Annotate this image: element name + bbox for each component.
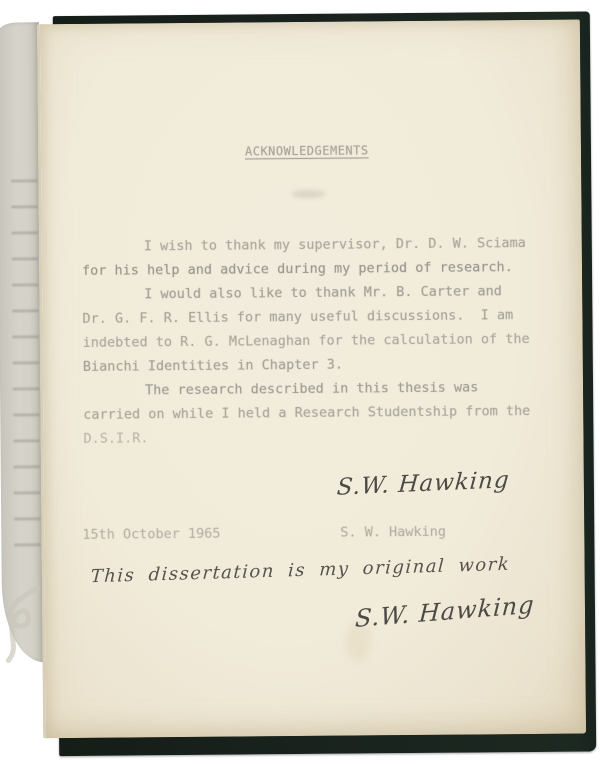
typed-line: D.S.I.R.: [83, 423, 553, 451]
book: ACKNOWLEDGEMENTS I wish to thank my supe…: [0, 0, 600, 764]
handwritten-declaration: This dissertation is my original work: [90, 554, 511, 587]
acknowledgements-text: I wish to thank my supervisor, Dr. D. W.…: [82, 231, 554, 451]
ink-smudge: [291, 190, 325, 198]
handwritten-signature-bottom: S.W. Hawking: [354, 591, 535, 633]
acknowledgements-page: ACKNOWLEDGEMENTS I wish to thank my supe…: [37, 20, 586, 739]
show-through-text: [11, 172, 40, 552]
handwritten-signature-top: S.W. Hawking: [336, 467, 511, 501]
page-heading: ACKNOWLEDGEMENTS: [245, 138, 369, 164]
date-line: 15th October 1965: [82, 522, 220, 547]
photo-background: ACKNOWLEDGEMENTS I wish to thank my supe…: [0, 0, 600, 764]
typed-name: S. W. Hawking: [340, 520, 446, 545]
